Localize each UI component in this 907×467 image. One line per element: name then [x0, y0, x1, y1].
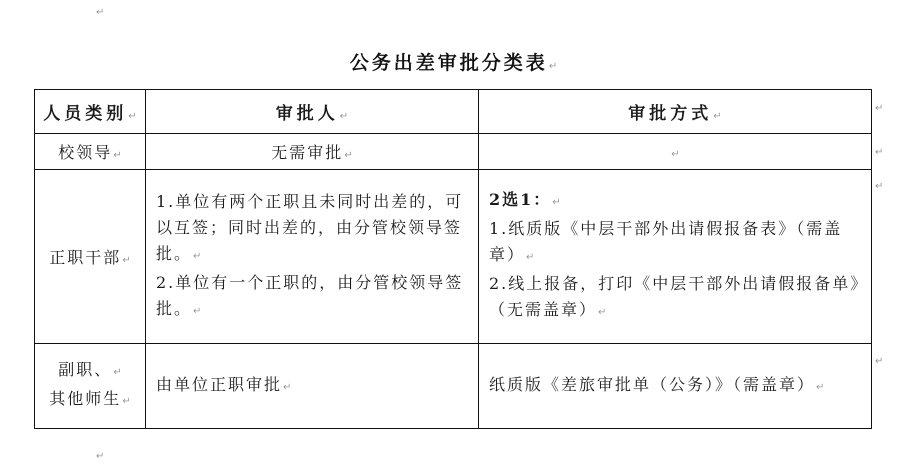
- header-text: 审批方式: [628, 104, 712, 124]
- category-text: 其他师生: [49, 389, 121, 408]
- cell-method[interactable]: 纸质版《差旅审批单（公务）》（需盖章）↵: [479, 344, 872, 429]
- approver-item: 2.单位有一个正职的，由分管校领导签批。↵: [156, 270, 472, 325]
- approval-table: 人员类别↵ 审批人↵ 审批方式↵ 校领导↵ 无需审批↵ ↵ 正职干部↵ 1.单位…: [34, 89, 872, 429]
- cell-approver[interactable]: 1.单位有两个正职且未同时出差的，可以互签；同时出差的，由分管校领导签批。↵ 2…: [146, 170, 479, 344]
- cell-approver[interactable]: 无需审批↵: [146, 134, 479, 170]
- category-text: 正职干部: [49, 248, 121, 267]
- row-end-mark: ↵: [875, 182, 883, 192]
- header-text: 审批人: [276, 104, 339, 124]
- cell-method[interactable]: 2选1：↵ 1.纸质版《中层干部外出请假报备表》（需盖章）↵ 2.线上报备，打印…: [479, 170, 872, 344]
- paragraph-mark: ↵: [193, 251, 201, 262]
- method-text: 1.纸质版《中层干部外出请假报备表》（需盖章）: [489, 219, 842, 264]
- paragraph-mark: ↵: [122, 396, 130, 407]
- paragraph-mark: ↵: [193, 306, 201, 317]
- category-line: 副职、↵: [35, 357, 145, 386]
- table-row: 校领导↵ 无需审批↵ ↵: [35, 134, 872, 170]
- header-cell-approver[interactable]: 审批人↵: [146, 90, 479, 134]
- paragraph-mark: ↵: [713, 111, 721, 122]
- paragraph-mark: ↵: [122, 255, 130, 266]
- approver-text: 1.单位有两个正职且未同时出差的，可以互签；同时出差的，由分管校领导签批。: [156, 192, 463, 263]
- paragraph-mark: ↵: [283, 382, 291, 393]
- table-row: 副职、↵ 其他师生↵ 由单位正职审批↵ 纸质版《差旅审批单（公务）》（需盖章）↵: [35, 344, 872, 429]
- paragraph-mark: ↵: [549, 61, 557, 72]
- header-text: 人员类别: [43, 104, 127, 124]
- header-cell-method[interactable]: 审批方式↵: [479, 90, 872, 134]
- cell-method[interactable]: ↵: [479, 134, 872, 170]
- category-text: 校领导: [58, 143, 112, 162]
- paragraph-mark: ↵: [598, 307, 606, 318]
- approver-text: 2.单位有一个正职的，由分管校领导签批。: [156, 273, 463, 318]
- method-text: 2.线上报备，打印《中层干部外出请假报备单》（无需盖章）: [489, 274, 860, 319]
- paragraph-mark: ↵: [552, 197, 560, 208]
- row-end-mark: ↵: [875, 104, 883, 114]
- paragraph-mark: ↵: [128, 111, 136, 122]
- category-line: 其他师生↵: [35, 386, 145, 415]
- paragraph-mark: ↵: [96, 452, 104, 462]
- row-end-mark: ↵: [875, 357, 883, 367]
- title-text: 公务出差审批分类表: [350, 52, 548, 74]
- method-item: 1.纸质版《中层干部外出请假报备表》（需盖章）↵: [489, 216, 865, 271]
- cell-category[interactable]: 校领导↵: [35, 134, 146, 170]
- paragraph-mark: ↵: [816, 382, 824, 393]
- paragraph-mark: ↵: [113, 367, 121, 378]
- method-text: 纸质版《差旅审批单（公务）》（需盖章）: [489, 375, 815, 394]
- document-title: 公务出差审批分类表↵: [0, 48, 907, 75]
- method-heading-text: 2选1：: [489, 190, 551, 209]
- approver-text: 由单位正职审批: [156, 375, 282, 394]
- table-row: 正职干部↵ 1.单位有两个正职且未同时出差的，可以互签；同时出差的，由分管校领导…: [35, 170, 872, 344]
- method-item: 2.线上报备，打印《中层干部外出请假报备单》（无需盖章）↵: [489, 271, 865, 326]
- row-end-mark: ↵: [875, 148, 883, 158]
- category-text: 副职、: [58, 360, 112, 379]
- paragraph-mark: ↵: [344, 150, 352, 161]
- method-heading: 2选1：↵: [489, 187, 865, 216]
- paragraph-mark: ↵: [113, 150, 121, 161]
- paragraph-mark: ↵: [526, 252, 534, 263]
- cell-approver[interactable]: 由单位正职审批↵: [146, 344, 479, 429]
- approver-text: 无需审批: [271, 143, 343, 162]
- table-header-row: 人员类别↵ 审批人↵ 审批方式↵: [35, 90, 872, 134]
- paragraph-mark: ↵: [340, 111, 348, 122]
- header-cell-category[interactable]: 人员类别↵: [35, 90, 146, 134]
- cell-category[interactable]: 副职、↵ 其他师生↵: [35, 344, 146, 429]
- paragraph-mark: ↵: [96, 8, 104, 18]
- paragraph-mark: ↵: [671, 149, 679, 160]
- cell-category[interactable]: 正职干部↵: [35, 170, 146, 344]
- approver-item: 1.单位有两个正职且未同时出差的，可以互签；同时出差的，由分管校领导签批。↵: [156, 189, 472, 270]
